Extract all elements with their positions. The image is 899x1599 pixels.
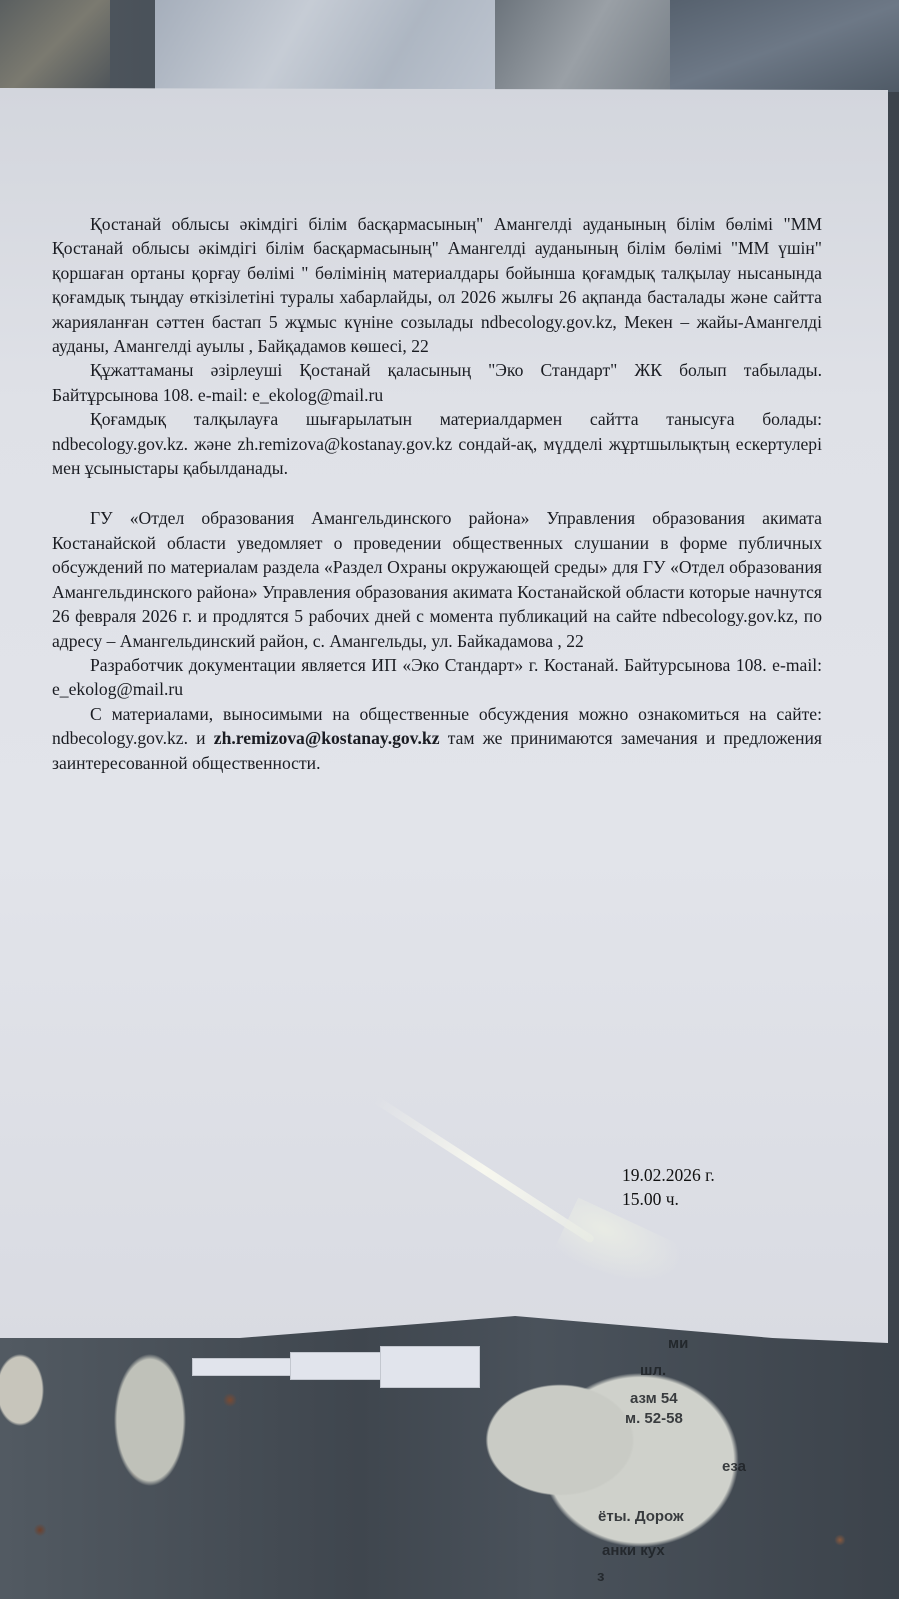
- wall-fragment-text: ми: [668, 1335, 688, 1352]
- underlying-paper-slip: [192, 1358, 294, 1376]
- notice-body: Қостанай облысы әкімдігі білім басқармас…: [52, 212, 822, 775]
- wall-fragment-text: еза: [722, 1458, 746, 1475]
- wall-fragment-text: азм 54: [630, 1390, 678, 1407]
- date-time-stamp: 19.02.2026 г. 15.00 ч.: [622, 1163, 715, 1211]
- wall-fragment-text: шл.: [640, 1362, 666, 1379]
- russian-paragraph: Разработчик документации является ИП «Эк…: [52, 653, 822, 702]
- kazakh-paragraph: Құжаттаманы әзірлеуші Қостанай қаласының…: [52, 358, 822, 407]
- wall-fragment-text: анки кух: [602, 1542, 665, 1559]
- wall-fragment-text: ёты. Дорож: [598, 1508, 684, 1525]
- kazakh-paragraph: Қоғамдық талқылауға шығарылатын материал…: [52, 407, 822, 480]
- wall-patch: [495, 0, 670, 92]
- wall-patch: [0, 0, 110, 90]
- wall-patch: [670, 0, 899, 92]
- contact-email: zh.remizova@kostanay.gov.kz: [214, 728, 440, 748]
- underlying-paper-slip: [380, 1346, 480, 1388]
- russian-paragraph: ГУ «Отдел образования Амангельдинского р…: [52, 506, 822, 652]
- wall-fragment-text: з: [597, 1568, 604, 1585]
- notice-time: 15.00 ч.: [622, 1187, 715, 1211]
- underlying-paper-slip: [290, 1352, 384, 1380]
- plastic-film-patch: [155, 0, 495, 92]
- wall-fragment-text: м. 52-58: [625, 1410, 683, 1427]
- kazakh-paragraph: Қостанай облысы әкімдігі білім басқармас…: [52, 212, 822, 358]
- notice-date: 19.02.2026 г.: [622, 1163, 715, 1187]
- russian-paragraph-materials: С материалами, выносимыми на общественны…: [52, 702, 822, 775]
